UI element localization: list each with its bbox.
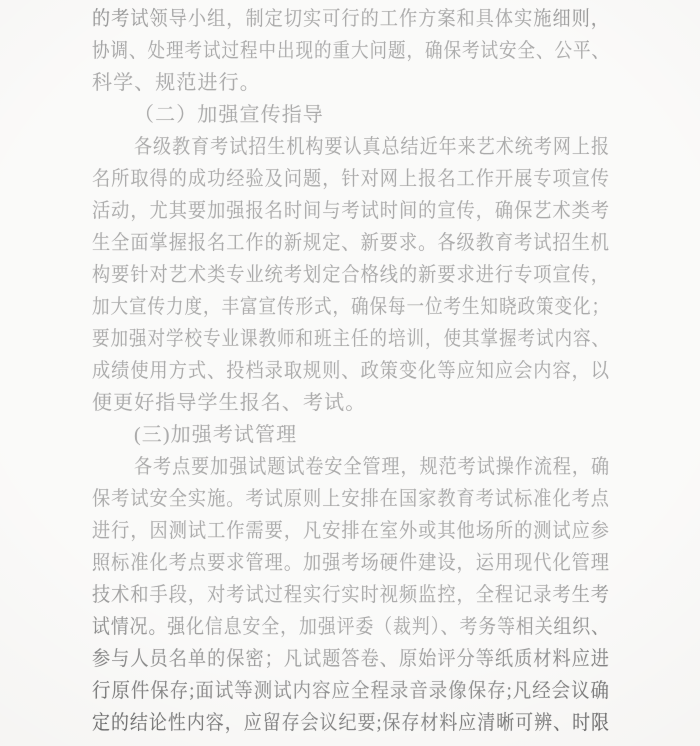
text-line: 参与人员名单的保密；凡试题答卷、原始评分等纸质材料应进 [92, 643, 610, 675]
text-line-content: 进行，因测试工作需要，凡安排在室外或其他场所的测试应参 [92, 515, 610, 547]
text-line: 成绩使用方式、投档录取规则、政策变化等应知应会内容，以 [92, 355, 610, 387]
text-line-content: 试情况。强化信息安全，加强评委（裁判）、考务等相关组织、 [92, 611, 610, 643]
text-line-content: 要加强对学校专业课教师和班主任的培训，使其掌握考试内容、 [92, 323, 610, 355]
text-line: 各考点要加强试题试卷安全管理，规范考试操作流程，确 [92, 451, 610, 483]
document-page: 的考试领导小组，制定切实可行的工作方案和具体实施细则，协调、处理考试过程中出现的… [0, 0, 700, 746]
text-line-content: 参与人员名单的保密；凡试题答卷、原始评分等纸质材料应进 [92, 643, 610, 675]
text-line: 保考试安全实施。考试原则上安排在国家教育考试标准化考点 [92, 483, 610, 515]
text-line: 名所取得的成功经验及问题，针对网上报名工作开展专项宣传 [92, 163, 610, 195]
text-line-content: 生全面掌握报名工作的新规定、新要求。各级教育考试招生机 [92, 227, 610, 259]
section-heading: （二）加强宣传指导 [92, 99, 610, 131]
text-line-content: 构要针对艺术类专业统考划定合格线的新要求进行专项宣传， [92, 259, 610, 291]
text-line: 科学、规范进行。 [92, 67, 610, 99]
text-line-content: 各级教育考试招生机构要认真总结近年来艺术统考网上报 [134, 131, 610, 163]
text-line: 协调、处理考试过程中出现的重大问题，确保考试安全、公平、 [92, 35, 610, 67]
text-line-content: 技术和手段，对考试过程实行实时视频监控，全程记录考生考 [92, 579, 610, 611]
text-line: 行原件保存;面试等测试内容应全程录音录像保存;凡经会议确 [92, 675, 610, 707]
text-line: 活动，尤其要加强报名时间与考试时间的宣传，确保艺术类考 [92, 195, 610, 227]
text-line: 生全面掌握报名工作的新规定、新要求。各级教育考试招生机 [92, 227, 610, 259]
text-line: 各级教育考试招生机构要认真总结近年来艺术统考网上报 [92, 131, 610, 163]
text-line: 便更好指导学生报名、考试。 [92, 387, 610, 419]
text-line-content: 定的结论性内容，应留存会议纪要;保存材料应清晰可辨、时限 [92, 707, 610, 739]
text-line-content: 照标准化考点要求管理。加强考场硬件建设，运用现代化管理 [92, 547, 610, 579]
text-line: 的考试领导小组，制定切实可行的工作方案和具体实施细则， [92, 3, 610, 35]
text-line-content: 成绩使用方式、投档录取规则、政策变化等应知应会内容，以 [92, 355, 610, 387]
text-line: 构要针对艺术类专业统考划定合格线的新要求进行专项宣传， [92, 259, 610, 291]
text-line-content: 协调、处理考试过程中出现的重大问题，确保考试安全、公平、 [92, 35, 610, 67]
text-line-content: 各考点要加强试题试卷安全管理，规范考试操作流程，确 [134, 451, 610, 483]
text-line: 定的结论性内容，应留存会议纪要;保存材料应清晰可辨、时限 [92, 707, 610, 739]
text-line: 加大宣传力度，丰富宣传形式，确保每一位考生知晓政策变化； [92, 291, 610, 323]
text-line: 照标准化考点要求管理。加强考场硬件建设，运用现代化管理 [92, 547, 610, 579]
text-line-content: （二）加强宣传指导 [134, 99, 324, 131]
text-line-content: 活动，尤其要加强报名时间与考试时间的宣传，确保艺术类考 [92, 195, 610, 227]
text-line-content: 的考试领导小组，制定切实可行的工作方案和具体实施细则， [92, 3, 610, 35]
text-line: 进行，因测试工作需要，凡安排在室外或其他场所的测试应参 [92, 515, 610, 547]
text-line-content: 行原件保存;面试等测试内容应全程录音录像保存;凡经会议确 [92, 675, 610, 707]
text-line: 试情况。强化信息安全，加强评委（裁判）、考务等相关组织、 [92, 611, 610, 643]
text-line-content: 保考试安全实施。考试原则上安排在国家教育考试标准化考点 [92, 483, 610, 515]
section-heading: (三)加强考试管理 [92, 419, 610, 451]
text-line-content: (三)加强考试管理 [134, 419, 297, 451]
text-line: 要加强对学校专业课教师和班主任的培训，使其掌握考试内容、 [92, 323, 610, 355]
text-line: 技术和手段，对考试过程实行实时视频监控，全程记录考生考 [92, 579, 610, 611]
text-line-content: 便更好指导学生报名、考试。 [92, 387, 366, 419]
text-line-content: 加大宣传力度，丰富宣传形式，确保每一位考生知晓政策变化； [92, 291, 610, 323]
text-line-content: 名所取得的成功经验及问题，针对网上报名工作开展专项宣传 [92, 163, 610, 195]
text-line-content: 科学、规范进行。 [92, 67, 261, 99]
document-text: 的考试领导小组，制定切实可行的工作方案和具体实施细则，协调、处理考试过程中出现的… [92, 3, 610, 739]
